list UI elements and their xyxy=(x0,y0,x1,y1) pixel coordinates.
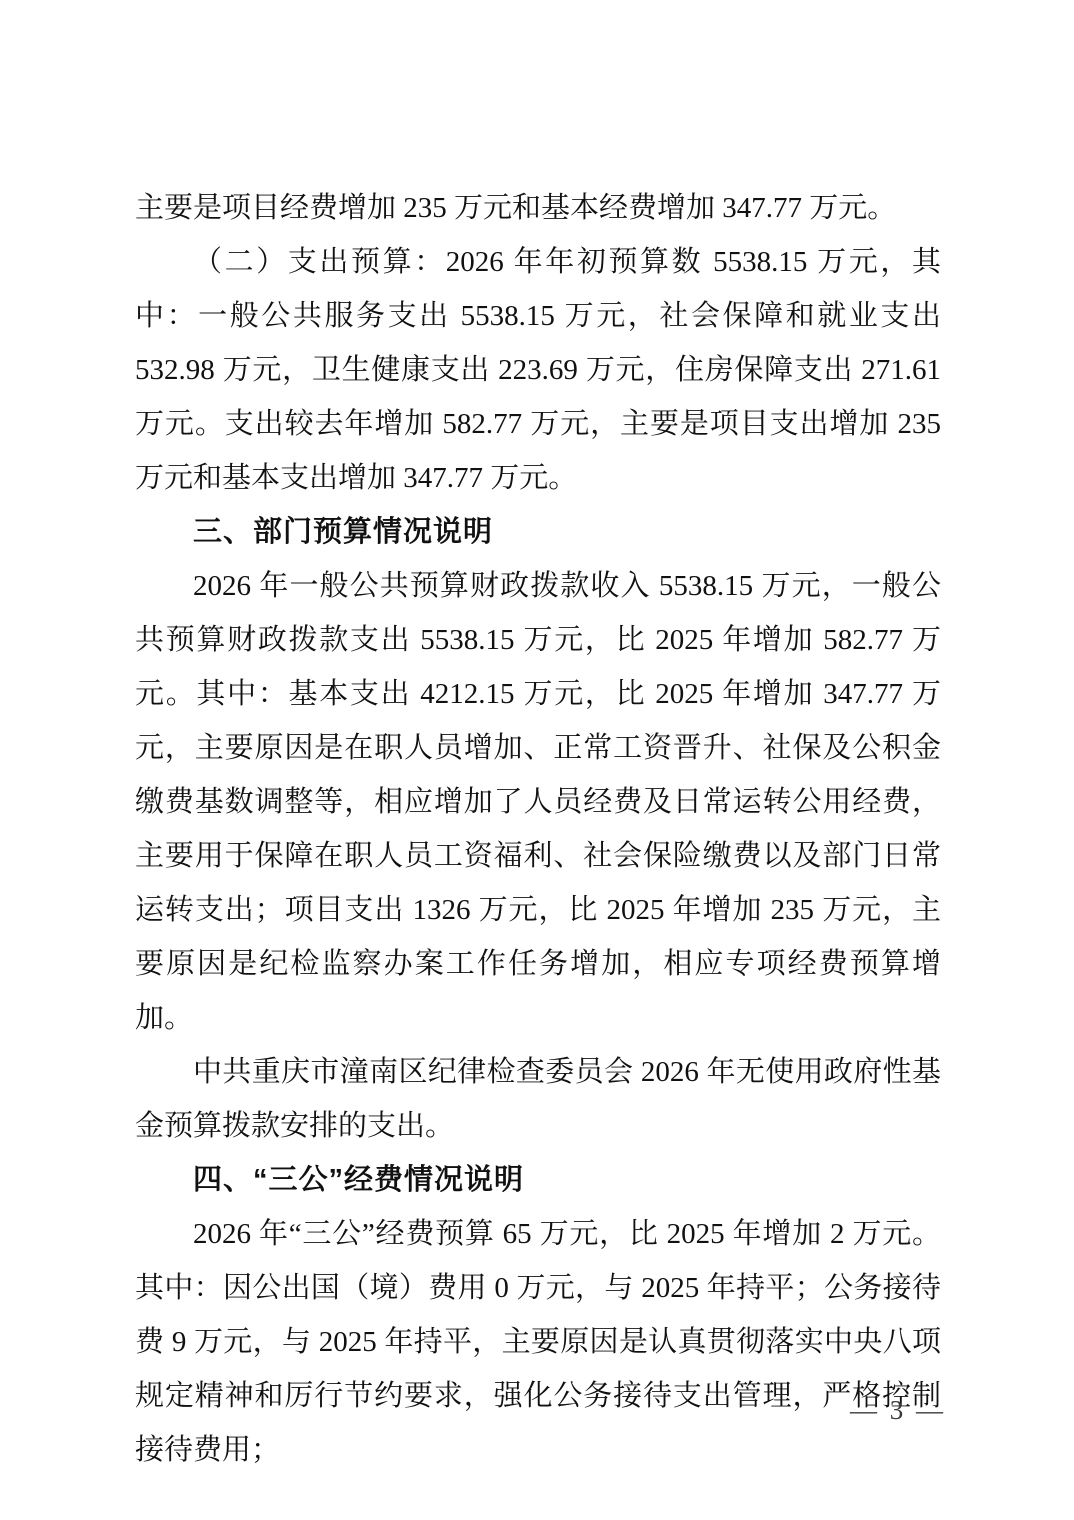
section-heading-department-budget-explanation: 三、部门预算情况说明 xyxy=(135,505,941,559)
section-heading-three-public-expenses: 四、“三公”经费情况说明 xyxy=(135,1153,941,1207)
paragraph-budget-detail: 2026 年一般公共预算财政拨款收入 5538.15 万元，一般公共预算财政拨款… xyxy=(135,559,941,1045)
paragraph-continuation-funding-increase: 主要是项目经费增加 235 万元和基本经费增加 347.77 万元。 xyxy=(135,181,941,235)
paragraph-expenditure-budget: （二）支出预算：2026 年年初预算数 5538.15 万元，其中：一般公共服务… xyxy=(135,235,941,505)
document-page: 主要是项目经费增加 235 万元和基本经费增加 347.77 万元。 （二）支出… xyxy=(0,0,1074,1520)
page-number: — 3 — xyxy=(850,1394,946,1426)
paragraph-three-public-expenses-detail: 2026 年“三公”经费预算 65 万元，比 2025 年增加 2 万元。其中：… xyxy=(135,1207,941,1477)
paragraph-government-fund-statement: 中共重庆市潼南区纪律检查委员会 2026 年无使用政府性基金预算拨款安排的支出。 xyxy=(135,1045,941,1153)
document-content: 主要是项目经费增加 235 万元和基本经费增加 347.77 万元。 （二）支出… xyxy=(135,181,941,1477)
